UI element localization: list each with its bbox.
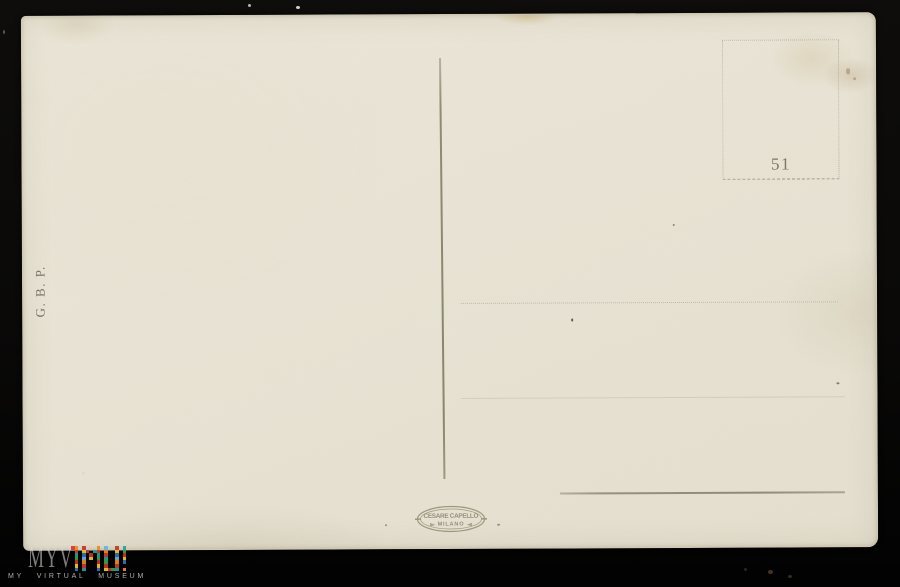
ink-speck [836,382,839,384]
dust-speck [768,570,773,574]
ink-speck [385,524,387,526]
dust-speck [788,575,792,578]
stamp-box-number: 51 [771,155,791,175]
postcard-back: G. B. P. 51 CESARE CAPELLO MILANO [21,12,878,551]
publisher-city: MILANO [438,522,465,528]
dust-speck [3,30,5,34]
scanner-mat: G. B. P. 51 CESARE CAPELLO MILANO [0,0,900,587]
stain-speck [846,68,850,74]
stain-speck [853,77,856,80]
dust-speck [744,568,747,571]
watermark-tagline: MY VIRTUAL MUSEUM [8,573,146,580]
milano-arrow-left-icon [430,523,436,526]
milano-arrow-right-icon [467,523,473,526]
publisher-name: CESARE CAPELLO [424,513,479,520]
dust-speck [296,6,300,9]
publisher-logo: CESARE CAPELLO MILANO [415,504,487,534]
ink-speck [571,318,573,321]
ink-speck [497,524,500,526]
ink-speck [673,224,675,226]
address-line-2 [462,396,845,399]
stamp-box: 51 [722,39,840,180]
dust-speck [82,472,85,475]
writing-line [560,491,845,494]
printer-initials: G. B. P. [32,246,49,336]
center-divider-line [439,58,445,479]
address-line-1 [461,301,838,304]
dust-speck [248,4,251,7]
